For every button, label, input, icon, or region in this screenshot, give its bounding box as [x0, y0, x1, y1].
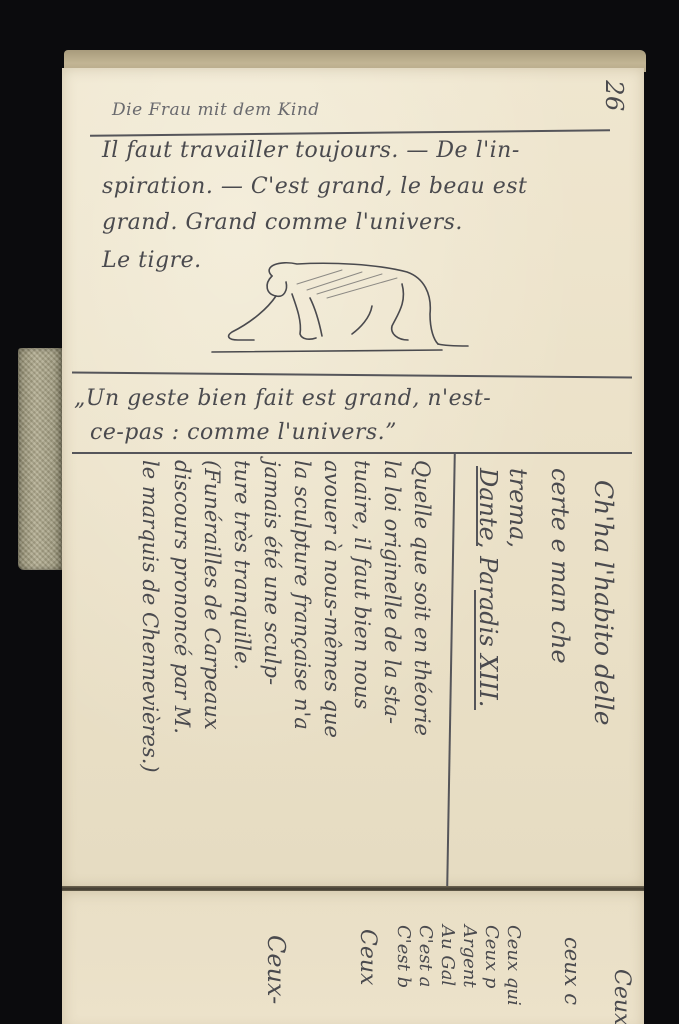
left-col-line-2: la loi originelle de la sta- — [380, 460, 404, 724]
top-line-3: grand. Grand comme l'univers. — [102, 210, 463, 235]
left-col-line-6: jamais été une sculp- — [260, 460, 284, 685]
next-line-10: Ceux- — [262, 935, 290, 1004]
bookmark-ribbon — [18, 348, 62, 570]
quote-line-1: „Un geste bien fait est grand, n'est- — [74, 386, 491, 411]
next-line-5: Argent — [459, 925, 480, 988]
top-line-2: spiration. — C'est grand, le beau est — [102, 174, 527, 199]
left-col-line-4: avouer à nous-mêmes que — [320, 460, 344, 738]
right-col-line-3: trema, — [504, 468, 532, 548]
next-line-7: C'est a — [415, 925, 436, 987]
left-col-line-1: Quelle que soit en théorie — [410, 460, 434, 736]
left-col-line-10: le marquis de Chennevières.) — [138, 460, 162, 773]
next-line-6: Au Gal — [437, 925, 458, 986]
top-line-4: Le tigre. — [102, 248, 202, 273]
left-col-line-9: discours prononcé par M. — [170, 460, 194, 734]
next-notebook-page: Ceux ceux c Ceux qui Ceux p Argent Au Ga… — [62, 891, 644, 1024]
section-rule-2 — [72, 452, 632, 454]
header-rule — [90, 129, 610, 136]
next-line-3: Ceux qui — [503, 925, 524, 1006]
top-line-1: Il faut travailler toujours. — De l'in- — [102, 138, 520, 163]
right-col-mark-1 — [476, 466, 478, 546]
right-col-line-2: certe e man che — [546, 468, 574, 664]
quote-line-2: ce-pas : comme l'univers.” — [90, 420, 397, 445]
section-rule-1 — [72, 372, 632, 378]
left-col-line-7: ture très tranquille. — [230, 460, 254, 670]
right-col-mark-2 — [474, 590, 476, 710]
next-line-2: ceux c — [560, 937, 584, 1005]
right-col-line-4: Dante, Paradis XIII. — [474, 468, 502, 707]
left-col-line-8: (Funérailles de Carpeaux — [200, 460, 224, 730]
left-col-line-3: tuaire, il faut bien nous — [350, 460, 374, 709]
next-line-8: C'est b — [393, 925, 414, 988]
tiger-sketch-icon — [202, 254, 482, 360]
header-note: Die Frau mit dem Kind — [112, 100, 320, 120]
column-divider — [446, 452, 455, 888]
next-line-4: Ceux p — [481, 925, 502, 988]
next-line-1: Ceux — [609, 969, 634, 1024]
right-col-line-1: Ch'ha l'habito delle — [589, 480, 618, 726]
left-col-line-5: la sculpture française n'a — [290, 460, 314, 730]
page-number: 26 — [600, 80, 628, 112]
next-line-9: Ceux — [355, 929, 380, 985]
notebook-page: 26 Die Frau mit dem Kind Il faut travail… — [62, 68, 644, 888]
